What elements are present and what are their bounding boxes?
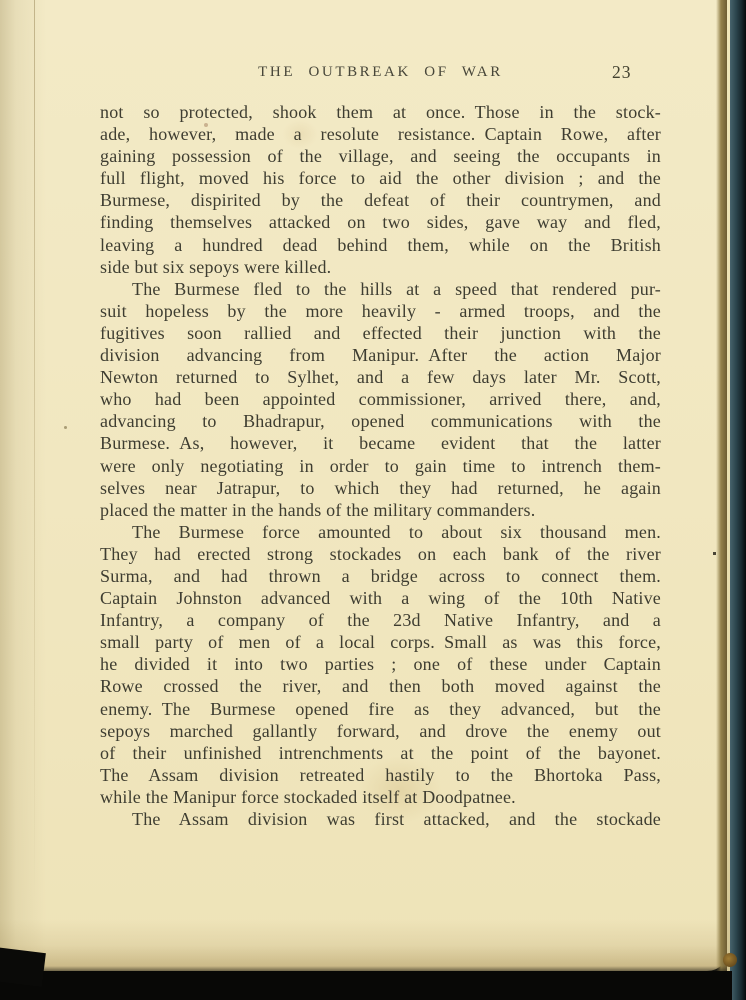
page-block-edge [716, 0, 727, 988]
text-line: not so protected, shook them at once. Th… [100, 101, 661, 123]
text-line: Surma, and had thrown a bridge across to… [100, 565, 661, 587]
page-gutter-fold [34, 0, 35, 900]
paper-speck [204, 123, 208, 127]
text-line: Newton returned to Sylhet, and a few day… [100, 366, 661, 388]
text-line: full flight, moved his force to aid the … [100, 167, 661, 189]
text-line: sepoys marched gallantly forward, and dr… [100, 720, 661, 742]
text-line: of their unfinished intrenchments at the… [100, 742, 661, 764]
text-line: were only negotiating in order to gain t… [100, 455, 661, 477]
text-line: ade, however, made a resolute resistance… [100, 123, 661, 145]
text-line: who had been appointed commissioner, arr… [100, 388, 661, 410]
running-head: THE OUTBREAK OF WAR 23 [100, 64, 661, 86]
scan-background-band [0, 971, 732, 1000]
text-line: They had erected strong stockades on eac… [100, 543, 661, 565]
text-line: Burmese. As, however, it became evident … [100, 432, 661, 454]
page-body: not so protected, shook them at once. Th… [100, 101, 661, 830]
text-line: enemy. The Burmese opened fire as they a… [100, 698, 661, 720]
text-line: Burmese, dispirited by the defeat of the… [100, 189, 661, 211]
text-line: leaving a hundred dead behind them, whil… [100, 234, 661, 256]
text-line: Rowe crossed the river, and then both mo… [100, 675, 661, 697]
text-line: finding themselves attacked on two sides… [100, 211, 661, 233]
text-line: fugitives soon rallied and effected thei… [100, 322, 661, 344]
text-line: selves near Jatrapur, to which they had … [100, 477, 661, 499]
text-line: division advancing from Manipur. After t… [100, 344, 661, 366]
text-line: The Burmese fled to the hills at a speed… [100, 278, 661, 300]
paper-speck [64, 426, 67, 429]
text-line: The Burmese force amounted to about six … [100, 521, 661, 543]
text-line: advancing to Bhadrapur, opened communica… [100, 410, 661, 432]
text-line: Captain Johnston advanced with a wing of… [100, 587, 661, 609]
book-page: THE OUTBREAK OF WAR 23 not so protected,… [0, 0, 729, 971]
chapter-title: THE OUTBREAK OF WAR [100, 64, 661, 81]
text-line: Infantry, a company of the 23d Native In… [100, 609, 661, 631]
text-line: gaining possession of the village, and s… [100, 145, 661, 167]
text-line: suit hopeless by the more heavily - arme… [100, 300, 661, 322]
scan-background-wedge [0, 947, 46, 987]
cover-wear-spot [723, 953, 737, 967]
text-line: while the Manipur force stockaded itself… [100, 786, 661, 808]
text-line: side but six sepoys were killed. [100, 256, 661, 278]
text-line: small party of men of a local corps. Sma… [100, 631, 661, 653]
text-line: The Assam division retreated hastily to … [100, 764, 661, 786]
text-line: The Assam division was first attacked, a… [100, 808, 661, 830]
text-line: he divided it into two parties ; one of … [100, 653, 661, 675]
text-line: placed the matter in the hands of the mi… [100, 499, 661, 521]
book-cover-edge [730, 0, 746, 1000]
page-number: 23 [612, 62, 632, 83]
